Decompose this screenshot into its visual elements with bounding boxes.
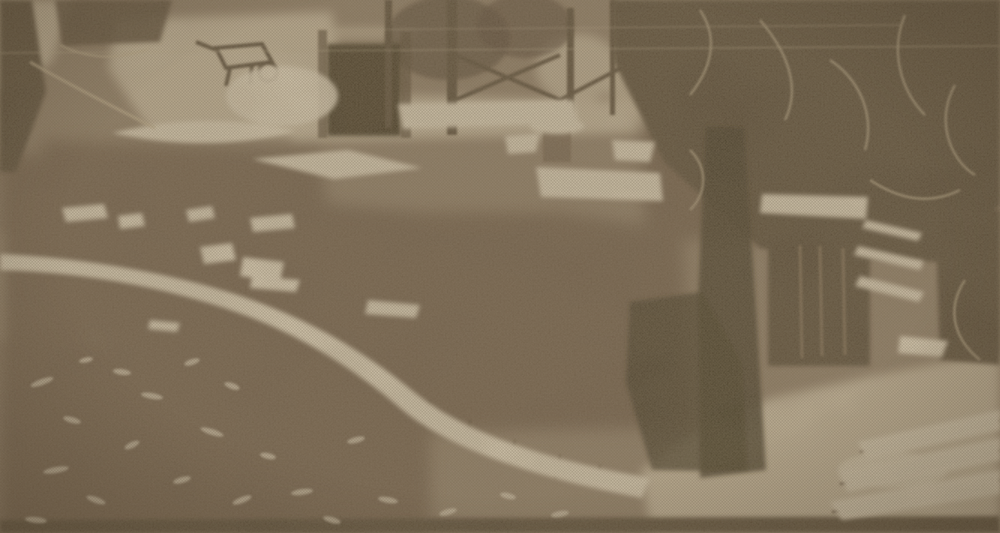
- photo-canvas: [0, 0, 1000, 533]
- print-grain-layer: [0, 0, 1000, 533]
- vintage-garden-photograph: Vintage sepia halftone newspaper photogr…: [0, 0, 1000, 533]
